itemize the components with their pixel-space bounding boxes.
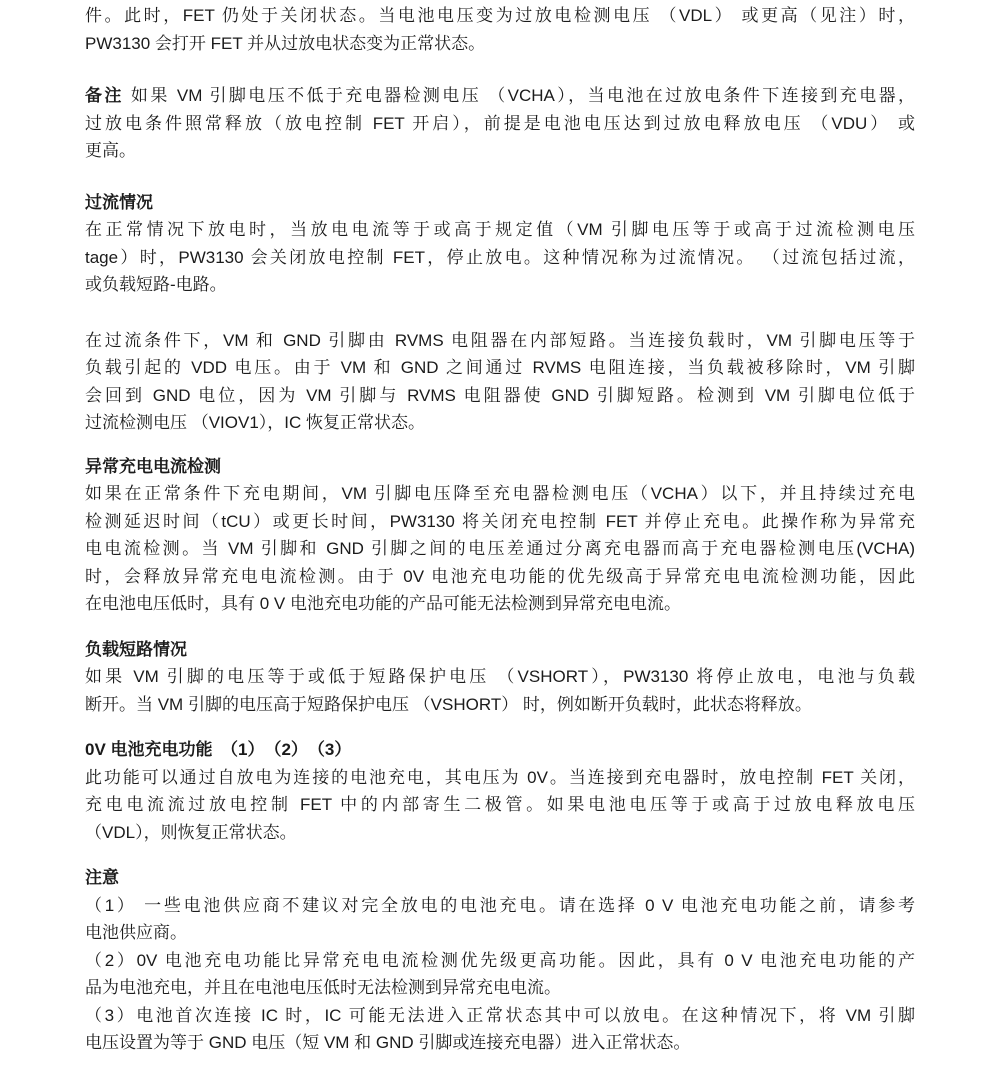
paragraph-overcurrent-intro: 在正常情况下放电时，当放电电流等于或高于规定值（VM 引脚电压等于或高于过流检测… bbox=[85, 216, 915, 299]
text-line: 在过流条件下，VM 和 GND 引脚由 RVMS 电阻器在内部短路。当连接负载时… bbox=[85, 327, 915, 355]
text-line: 电池供应商。 bbox=[85, 919, 915, 947]
document-page: 件。此时，FET 仍处于关闭状态。当电池电压变为过放电检测电压 （VDL） 或更… bbox=[0, 0, 991, 1071]
text-line: tage）时，PW3130 会关闭放电控制 FET，停止放电。这种情况称为过流情… bbox=[85, 244, 915, 272]
paragraph-load-short-circuit: 如果 VM 引脚的电压等于或低于短路保护电压 （VSHORT），PW3130 将… bbox=[85, 663, 915, 718]
text-line: （VDL），则恢复正常状态。 bbox=[85, 819, 915, 847]
text-line: 如果在正常条件下充电期间，VM 引脚电压降至充电器检测电压（VCHA）以下，并且… bbox=[85, 480, 915, 508]
text-line: 在正常情况下放电时，当放电电流等于或高于规定值（VM 引脚电压等于或高于过流检测… bbox=[85, 216, 915, 244]
text-line: 备注 如果 VM 引脚电压不低于充电器检测电压 （VCHA），当电池在过放电条件… bbox=[85, 82, 915, 110]
heading-load-short-circuit: 负载短路情况 bbox=[85, 636, 915, 664]
text-line: （3）电池首次连接 IC 时，IC 可能无法进入正常状态其中可以放电。在这种情况… bbox=[85, 1002, 915, 1030]
paragraph-overcurrent-recovery: 在过流条件下，VM 和 GND 引脚由 RVMS 电阻器在内部短路。当连接负载时… bbox=[85, 327, 915, 437]
text-line: 更高。 bbox=[85, 137, 915, 165]
heading-0v-battery-charging: 0V 电池充电功能 （1） （2） （3） bbox=[85, 736, 915, 764]
text-line: 电电流检测。当 VM 引脚和 GND 引脚之间的电压差通过分离充电器而高于充电器… bbox=[85, 535, 915, 563]
heading-notes: 注意 bbox=[85, 864, 915, 892]
text-line: 断开。当 VM 引脚的电压高于短路保护电压 （VSHORT） 时，例如断开负载时… bbox=[85, 691, 915, 719]
text-line: 在电池电压低时，具有 0 V 电池充电功能的产品可能无法检测到异常充电电流。 bbox=[85, 590, 915, 618]
text-line: 电压设置为等于 GND 电压（短 VM 和 GND 引脚或连接充电器）进入正常状… bbox=[85, 1029, 915, 1057]
paragraph-overdischarge-release: 件。此时，FET 仍处于关闭状态。当电池电压变为过放电检测电压 （VDL） 或更… bbox=[85, 2, 915, 57]
note-lead-text: 如果 VM 引脚电压不低于充电器检测电压 （VCHA），当电池在过放电条件下连接… bbox=[124, 86, 915, 105]
text-line: 或负载短路-电路。 bbox=[85, 271, 915, 299]
text-line: 过放电条件照常释放（放电控制 FET 开启），前提是电池电压达到过放电释放电压 … bbox=[85, 110, 915, 138]
paragraph-notes-list: （1） 一些电池供应商不建议对完全放电的电池充电。请在选择 0 V 电池充电功能… bbox=[85, 892, 915, 1057]
text-line: （2）0V 电池充电功能比异常充电电流检测优先级更高功能。因此，具有 0 V 电… bbox=[85, 947, 915, 975]
text-line: 此功能可以通过自放电为连接的电池充电，其电压为 0V。当连接到充电器时，放电控制… bbox=[85, 764, 915, 792]
text-line: 充电电流流过放电控制 FET 中的内部寄生二极管。如果电池电压等于或高于过放电释… bbox=[85, 791, 915, 819]
text-line: 会回到 GND 电位，因为 VM 引脚与 RVMS 电阻器使 GND 引脚短路。… bbox=[85, 382, 915, 410]
paragraph-0v-battery-charging: 此功能可以通过自放电为连接的电池充电，其电压为 0V。当连接到充电器时，放电控制… bbox=[85, 764, 915, 847]
paragraph-abnormal-charge-current: 如果在正常条件下充电期间，VM 引脚电压降至充电器检测电压（VCHA）以下，并且… bbox=[85, 480, 915, 618]
text-line: 检测延迟时间（tCU）或更长时间，PW3130 将关闭充电控制 FET 并停止充… bbox=[85, 508, 915, 536]
text-line: （1） 一些电池供应商不建议对完全放电的电池充电。请在选择 0 V 电池充电功能… bbox=[85, 892, 915, 920]
text-line: 如果 VM 引脚的电压等于或低于短路保护电压 （VSHORT），PW3130 将… bbox=[85, 663, 915, 691]
heading-abnormal-charge-current-detection: 异常充电电流检测 bbox=[85, 453, 915, 481]
text-line: PW3130 会打开 FET 并从过放电状态变为正常状态。 bbox=[85, 30, 915, 58]
heading-overcurrent-condition: 过流情况 bbox=[85, 189, 915, 217]
note-remark: 备注 如果 VM 引脚电压不低于充电器检测电压 （VCHA），当电池在过放电条件… bbox=[85, 82, 915, 165]
text-line: 负载引起的 VDD 电压。由于 VM 和 GND 之间通过 RVMS 电阻连接，… bbox=[85, 354, 915, 382]
text-line: 过流检测电压 （VIOV1），IC 恢复正常状态。 bbox=[85, 409, 915, 437]
text-line: 件。此时，FET 仍处于关闭状态。当电池电压变为过放电检测电压 （VDL） 或更… bbox=[85, 2, 915, 30]
note-label: 备注 bbox=[85, 86, 124, 105]
text-line: 时，会释放异常充电电流检测。由于 0V 电池充电功能的优先级高于异常充电电流检测… bbox=[85, 563, 915, 591]
text-line: 品为电池充电，并且在电池电压低时无法检测到异常充电电流。 bbox=[85, 974, 915, 1002]
